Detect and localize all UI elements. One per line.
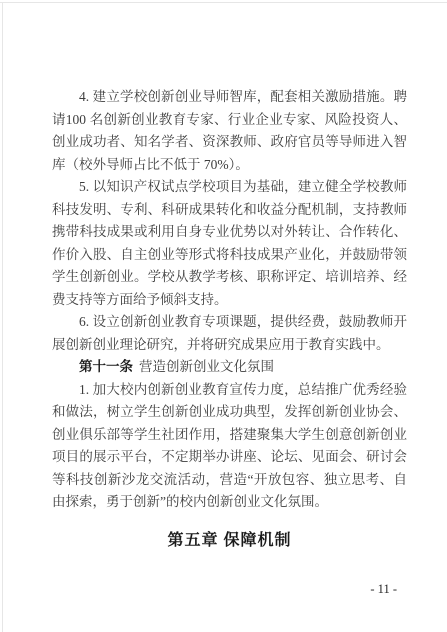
page-number: - 11 - [370,582,397,596]
paragraph-item-4: 4. 建立学校创新创业导师智库，配套相关激励措施。聘请100 名创新创业教育专家… [52,86,407,176]
article-number: 第十一条 [79,359,133,374]
chapter-heading: 第五章 保障机制 [52,530,407,552]
paragraph-item-5: 5. 以知识产权试点学校项目为基础，建立健全学校教师科技发明、专利、科研成果转化… [52,176,407,311]
document-page: 4. 建立学校创新创业导师智库，配套相关激励措施。聘请100 名创新创业教育专家… [0,0,447,632]
page-edge-top-line [0,2,447,3]
article-title: 营造创新创业文化氛围 [139,359,274,374]
paragraph-item-1: 1. 加大校内创新创业教育宣传力度，总结推广优秀经验和做法，树立学生创新创业成功… [52,379,407,514]
page-edge-left-line [2,2,3,632]
paragraph-item-6: 6. 设立创新创业教育专项课题，提供经费，鼓励教师开展创新创业理论研究，并将研究… [52,311,407,356]
document-body: 4. 建立学校创新创业导师智库，配套相关激励措施。聘请100 名创新创业教育专家… [52,86,407,514]
article-heading: 第十一条营造创新创业文化氛围 [52,356,407,379]
